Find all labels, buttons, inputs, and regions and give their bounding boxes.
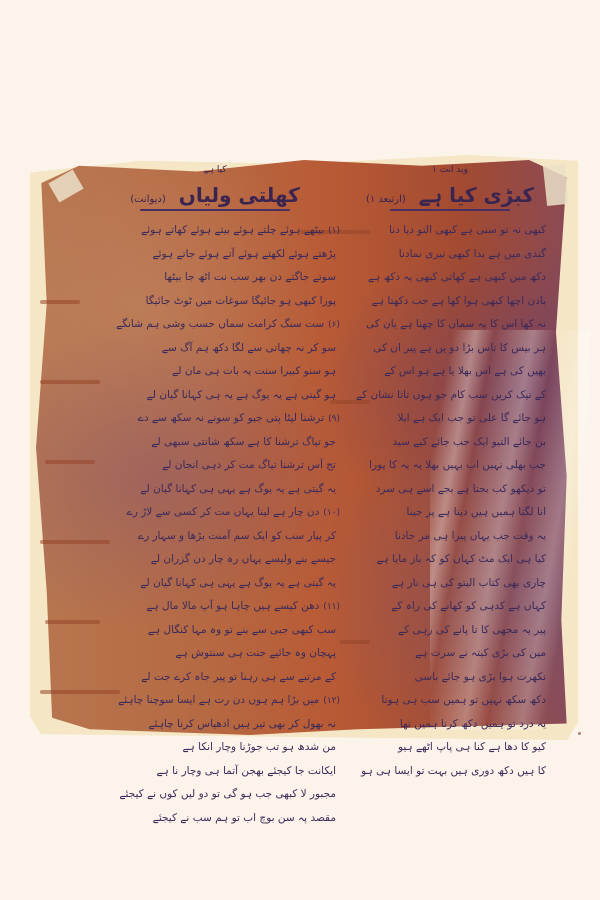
- left-column: کیا ہے کھلتی ولیاں (دیوانت) (۱)بیٹھے ہوئ…: [90, 165, 340, 830]
- left-lines: (۱)بیٹھے ہوئے چلتے ہوئے بیتے ہوئے کھاتے …: [90, 219, 340, 830]
- line-text: ہو سنو کبیرا سنت یہ بات ہی مان لے: [172, 365, 336, 377]
- manuscript-line: کر پیار سب کو ایک سم آمنت بڑھا و سہار رے: [90, 525, 340, 549]
- manuscript-line: دکھ سکھ نہیں تو ہمیں سب ہی ہوتا: [350, 689, 550, 713]
- manuscript-line: جو تیاگ ترشنا کا ہے سکھ شانتی سبھی لے: [90, 431, 340, 455]
- manuscript-line: (۹)ترشنا لپٹا پتی جیو کو سونے نہ سکھ سے …: [90, 407, 340, 431]
- manuscript-line: کیو کا دھا ہے کنا ہی پاپ اٹھے ہیو: [350, 736, 550, 760]
- left-heading-text: کھلتی ولیاں: [179, 183, 300, 207]
- manuscript-line: انا لگتا ہمیں ہیں دیتا ہے پر جینا: [350, 501, 550, 525]
- line-text: دن چار ہے لینا یہاں مت کر کسی سے لاڑ رے: [127, 506, 320, 518]
- verse-number: (۹): [328, 414, 340, 424]
- right-column: وید انت ۱ کبڑی کیا ہے (ارتبعد ۱) کبھی نہ…: [350, 165, 550, 783]
- line-text: بن جائے التیو ایک جب جائے کیے سید: [392, 436, 546, 448]
- manuscript-line: بن جائے التیو ایک جب جائے کیے سید: [350, 431, 550, 455]
- manuscript-line: ہو گیتی ہے یہ یوگ ہے یہ ہی کہانا گیان لے: [90, 384, 340, 408]
- line-text: ایکانت جا کیجئے بھجن آتما ہی وچار نا ہے: [156, 765, 336, 777]
- manuscript-line: سو کر نہ چھاتی سے لگا دکھ ہم آگ سے: [90, 337, 340, 361]
- line-text: من شدھ ہو تب جوڑنا وچار انکا ہے: [182, 741, 336, 753]
- line-text: نہ بھول کر بھی تیر ہیں ادھیاس کرنا چاہئے: [149, 718, 337, 730]
- line-text: نکھرت ہوا بڑی ہو جائے باسی: [415, 671, 546, 683]
- right-above-heading: وید انت ۱: [350, 165, 550, 175]
- manuscript-line: پڑھتے ہوئے لکھتے ہوئے آتے ہوئے جاتے ہوئے: [90, 243, 340, 267]
- manuscript-photo: کیا ہے کھلتی ولیاں (دیوانت) (۱)بیٹھے ہوئ…: [0, 0, 600, 900]
- manuscript-line: کبھی نہ تو سنی ہے کبھی التو دیا دنا: [350, 219, 550, 243]
- manuscript-line: یہ گیتی ہے یہ یوگ ہے یہی ہی کہانا گیان ل…: [90, 572, 340, 596]
- line-text: کا ہیں دکھ دوری ہیں بہت تو ایسا ہی ہو: [361, 765, 546, 777]
- line-text: یہ گیتی ہے یہ یوگ ہے یہی ہی کہانا گیان ل…: [140, 577, 336, 589]
- line-text: کیا ہی ایک مٹ کہاں کو کہ باز مایا ہے: [376, 553, 546, 565]
- manuscript-line: (۶)ست سنگ کرامت سماں حسب وشی ہم شانگے: [90, 313, 340, 337]
- manuscript-line: مقصد پہ سن بوچ اب تو ہم سب نے کیجئے: [90, 807, 340, 831]
- manuscript-line: پورا کبھی ہو جائیگا سوغات میں ٹوٹ جائیگا: [90, 290, 340, 314]
- bark-streak: [45, 460, 95, 464]
- line-text: سب کبھی جبی سے بنے تو وہ مہا کنگال ہے: [148, 624, 336, 636]
- manuscript-line: بھیں کی ہے اس بھلا یا ہے ہو اس کے: [350, 360, 550, 384]
- line-text: جب بھلی نہیں اب بہیں بھلا یہ یہ کا پورا: [369, 459, 546, 471]
- manuscript-line: کا ہیں دکھ دوری ہیں بہت تو ایسا ہی ہو: [350, 760, 550, 784]
- manuscript-line: سوتے جاگتے دن بھر سب نت اٹھ جا بیٹھا: [90, 266, 340, 290]
- left-heading-note: (دیوانت): [130, 194, 166, 205]
- line-text: چاری بھی کتاب الیتو کی ہی نار ہے: [392, 577, 546, 589]
- manuscript-line: تو دیکھو کب بجتا ہے بجے اسے ہی سرد: [350, 478, 550, 502]
- line-text: نہ کھا اس کا یہ سماں کا چھنا ہے یان کی: [366, 318, 546, 330]
- line-text: کے نیک کریں سب کام جو ہوں تاثا نشان کے: [356, 389, 546, 401]
- verse-number: (۱۱): [323, 602, 340, 612]
- line-text: بھیں کی ہے اس بھلا یا ہے ہو اس کے: [384, 365, 546, 377]
- line-text: تج آس ترشنا تیاگ مت کر دہی انجان لے: [162, 459, 336, 471]
- heading-underline: [140, 209, 290, 211]
- manuscript-line: یہ گیتی ہے یہ یوگ ہے یہی ہی کہانا گیان ل…: [90, 478, 340, 502]
- left-heading: کھلتی ولیاں (دیوانت): [90, 183, 340, 207]
- manuscript-line: ہر بیس کا تاس بڑا دو یں ہے پیر ان کی: [350, 337, 550, 361]
- right-heading-text: کبڑی کیا ہے: [419, 183, 534, 207]
- manuscript-line: گندی میں ہے بدا کبھی تیری نمادنا: [350, 243, 550, 267]
- line-text: دھن کیسے ہیں چاہا ہو آپ مالا مال ہے: [146, 600, 319, 612]
- manuscript-line: (۱۰)دن چار ہے لینا یہاں مت کر کسی سے لاڑ…: [90, 501, 340, 525]
- manuscript-line: نہ کھا اس کا یہ سماں کا چھنا ہے یان کی: [350, 313, 550, 337]
- line-text: تو دیکھو کب بجتا ہے بجے اسے ہی سرد: [376, 483, 546, 495]
- manuscript-line: دکھ میں کبھی ہے کھاتی کبھی یہ دکھ ہے: [350, 266, 550, 290]
- line-text: سوتے جاگتے دن بھر سب نت اٹھ جا بیٹھا: [164, 271, 336, 283]
- manuscript-line: تج آس ترشنا تیاگ مت کر دہی انجان لے: [90, 454, 340, 478]
- line-text: دکھ سکھ نہیں تو ہمیں سب ہی ہوتا: [381, 694, 546, 706]
- line-text: بادن اچھا کبھی ہوا کھا ہے جب دکھتا ہے: [372, 295, 546, 307]
- right-heading-note: (ارتبعد ۱): [366, 194, 406, 205]
- heading-underline: [390, 209, 510, 211]
- line-text: ہر بیس کا تاس بڑا دو یں ہے پیر ان کی: [373, 342, 546, 354]
- manuscript-line: یہ درد تو ہمیں دکھ کرنا ہمیں تھا: [350, 713, 550, 737]
- line-text: مقصد پہ سن بوچ اب تو ہم سب نے کیجئے: [153, 812, 336, 824]
- manuscript-line: ہو سنو کبیرا سنت یہ بات ہی مان لے: [90, 360, 340, 384]
- line-text: بیٹھے ہوئے چلتے ہوئے بیتے ہوئے کھاتے ہوئ…: [141, 224, 324, 236]
- line-text: کے مرتبے سے ہی رہنا تو پیر جاہ کرے جت لے: [141, 671, 336, 683]
- line-text: ست سنگ کرامت سماں حسب وشی ہم شانگے: [116, 318, 324, 330]
- left-above-heading: کیا ہے: [90, 165, 340, 175]
- manuscript-line: کیا ہی ایک مٹ کہاں کو کہ باز مایا ہے: [350, 548, 550, 572]
- speck: [578, 732, 581, 735]
- line-text: یہ درد تو ہمیں دکھ کرنا ہمیں تھا: [400, 718, 546, 730]
- line-text: سو کر نہ چھاتی سے لگا دکھ ہم آگ سے: [162, 342, 336, 354]
- line-text: یہ وقت جب یہاں پیرا ہی مر جادنا: [395, 530, 546, 542]
- manuscript-line: کے نیک کریں سب کام جو ہوں تاثا نشان کے: [350, 384, 550, 408]
- verse-number: (۱): [328, 226, 340, 236]
- line-text: گندی میں ہے بدا کبھی تیری نمادنا: [399, 248, 546, 260]
- manuscript-line: ایکانت جا کیجئے بھجن آتما ہی وچار نا ہے: [90, 760, 340, 784]
- manuscript-line: نکھرت ہوا بڑی ہو جائے باسی: [350, 666, 550, 690]
- manuscript-line: نہ بھول کر بھی تیر ہیں ادھیاس کرنا چاہئے: [90, 713, 340, 737]
- manuscript-line: (۱۱)دھن کیسے ہیں چاہا ہو آپ مالا مال ہے: [90, 595, 340, 619]
- verse-number: (۶): [328, 320, 340, 330]
- bark-streak: [40, 300, 80, 304]
- line-text: پڑھتے ہوئے لکھتے ہوئے آتے ہوئے جاتے ہوئے: [153, 248, 336, 260]
- verse-number: (۱۲): [323, 696, 340, 706]
- manuscript-line: یہ وقت جب یہاں پیرا ہی مر جادنا: [350, 525, 550, 549]
- line-text: کر پیار سب کو ایک سم آمنت بڑھا و سہار رے: [138, 530, 336, 542]
- line-text: ہو جائے گا علی تو جب ایک ہے ایلا: [397, 412, 546, 424]
- manuscript-line: (۱۲)میں بڑا ہم ہوں دن رت ہے ایسا سوچنا چ…: [90, 689, 340, 713]
- line-text: ہو گیتی ہے یہ یوگ ہے یہ ہی کہانا گیان لے: [147, 389, 336, 401]
- line-text: دکھ میں کبھی ہے کھاتی کبھی یہ دکھ ہے: [368, 271, 546, 283]
- line-text: ترشنا لپٹا پتی جیو کو سونے نہ سکھ سے دے: [138, 412, 324, 424]
- line-text: پیر یہ مجھی کا تا پانے کی رہی کے: [398, 624, 546, 636]
- manuscript-line: بادن اچھا کبھی ہوا کھا ہے جب دکھتا ہے: [350, 290, 550, 314]
- manuscript-line: جب بھلی نہیں اب بہیں بھلا یہ یہ کا پورا: [350, 454, 550, 478]
- manuscript-line: مجبور لا کبھی جب ہو گی تو دو لیں کوں نے …: [90, 783, 340, 807]
- manuscript-line: ہو جائے گا علی تو جب ایک ہے ایلا: [350, 407, 550, 431]
- line-text: مجبور لا کبھی جب ہو گی تو دو لیں کوں نے …: [119, 788, 336, 800]
- manuscript-line: جیسے بنے ولیسے یہاں رہ چار دن گزران لے: [90, 548, 340, 572]
- manuscript-line: من شدھ ہو تب جوڑنا وچار انکا ہے: [90, 736, 340, 760]
- manuscript-line: کے مرتبے سے ہی رہنا تو پیر جاہ کرے جت لے: [90, 666, 340, 690]
- right-heading: کبڑی کیا ہے (ارتبعد ۱): [350, 183, 550, 207]
- line-text: انا لگتا ہمیں ہیں دیتا ہے پر جینا: [407, 506, 546, 518]
- right-lines: کبھی نہ تو سنی ہے کبھی التو دیا دناگندی …: [350, 219, 550, 783]
- line-text: پہچان وہ جائیے جنت ہی سنتوش ہے: [176, 647, 337, 659]
- line-text: کہاں ہے کدہی کو کھانے کی راہ کے: [391, 600, 546, 612]
- line-text: مین کی بڑی کیتہ نے سرت ہے: [415, 647, 546, 659]
- manuscript-line: مین کی بڑی کیتہ نے سرت ہے: [350, 642, 550, 666]
- manuscript-line: پیر یہ مجھی کا تا پانے کی رہی کے: [350, 619, 550, 643]
- line-text: کیو کا دھا ہے کنا ہی پاپ اٹھے ہیو: [398, 741, 546, 753]
- verse-number: (۱۰): [323, 508, 340, 518]
- line-text: پورا کبھی ہو جائیگا سوغات میں ٹوٹ جائیگا: [146, 295, 336, 307]
- line-text: کبھی نہ تو سنی ہے کبھی التو دیا دنا: [389, 224, 546, 236]
- line-text: جیسے بنے ولیسے یہاں رہ چار دن گزران لے: [151, 553, 336, 565]
- manuscript-line: کہاں ہے کدہی کو کھانے کی راہ کے: [350, 595, 550, 619]
- manuscript-line: سب کبھی جبی سے بنے تو وہ مہا کنگال ہے: [90, 619, 340, 643]
- line-text: یہ گیتی ہے یہ یوگ ہے یہی ہی کہانا گیان ل…: [140, 483, 336, 495]
- manuscript-line: (۱)بیٹھے ہوئے چلتے ہوئے بیتے ہوئے کھاتے …: [90, 219, 340, 243]
- manuscript-line: پہچان وہ جائیے جنت ہی سنتوش ہے: [90, 642, 340, 666]
- line-text: جو تیاگ ترشنا کا ہے سکھ شانتی سبھی لے: [151, 436, 336, 448]
- manuscript-line: چاری بھی کتاب الیتو کی ہی نار ہے: [350, 572, 550, 596]
- line-text: میں بڑا ہم ہوں دن رت ہے ایسا سوچنا چاہئے: [118, 694, 319, 706]
